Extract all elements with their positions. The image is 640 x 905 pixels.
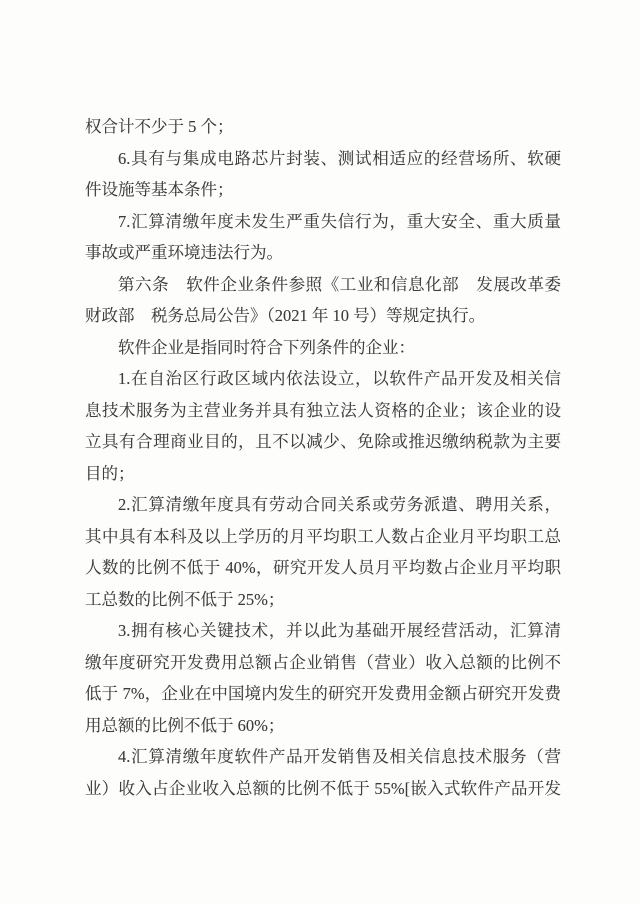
text-line: 2.汇算清缴年度具有劳动合同关系或劳务派遣、聘用关系，: [85, 489, 561, 521]
text-line: 3.拥有核心关键技术，并以此为基础开展经营活动，汇算清: [85, 615, 561, 647]
text-line: 立具有合理商业目的，且不以减少、免除或推迟缴纳税款为主要: [85, 426, 561, 458]
text-line: 件设施等基本条件；: [85, 174, 561, 206]
text-line: 低于 7%，企业在中国境内发生的研究开发费用金额占研究开发费: [85, 678, 561, 710]
text-line: 用总额的比例不低于 60%；: [85, 710, 561, 742]
text-line: 其中具有本科及以上学历的月平均职工人数占企业月平均职工总: [85, 521, 561, 553]
text-line: 6.具有与集成电路芯片封装、测试相适应的经营场所、软硬: [85, 143, 561, 175]
text-line: 缴年度研究开发费用总额占企业销售（营业）收入总额的比例不: [85, 647, 561, 679]
text-line: 业）收入占企业收入总额的比例不低于 55%[嵌入式软件产品开发: [85, 773, 561, 805]
text-line: 息技术服务为主营业务并具有独立法人资格的企业；该企业的设: [85, 395, 561, 427]
text-line: 权合计不少于 5 个；: [85, 111, 561, 143]
document-text-block: 权合计不少于 5 个；6.具有与集成电路芯片封装、测试相适应的经营场所、软硬件设…: [85, 111, 561, 804]
text-line: 工总数的比例不低于 25%；: [85, 584, 561, 616]
text-line: 第六条 软件企业条件参照《工业和信息化部 发展改革委: [85, 269, 561, 301]
text-line: 人数的比例不低于 40%，研究开发人员月平均数占企业月平均职: [85, 552, 561, 584]
text-line: 软件企业是指同时符合下列条件的企业：: [85, 332, 561, 364]
text-line: 1.在自治区行政区域内依法设立，以软件产品开发及相关信: [85, 363, 561, 395]
text-line: 7.汇算清缴年度未发生严重失信行为，重大安全、重大质量: [85, 206, 561, 238]
text-line: 目的；: [85, 458, 561, 490]
text-line: 事故或严重环境违法行为。: [85, 237, 561, 269]
text-line: 财政部 税务总局公告》（2021 年 10 号）等规定执行。: [85, 300, 561, 332]
document-page: 权合计不少于 5 个；6.具有与集成电路芯片封装、测试相适应的经营场所、软硬件设…: [0, 0, 640, 905]
text-line: 4.汇算清缴年度软件产品开发销售及相关信息技术服务（营: [85, 741, 561, 773]
